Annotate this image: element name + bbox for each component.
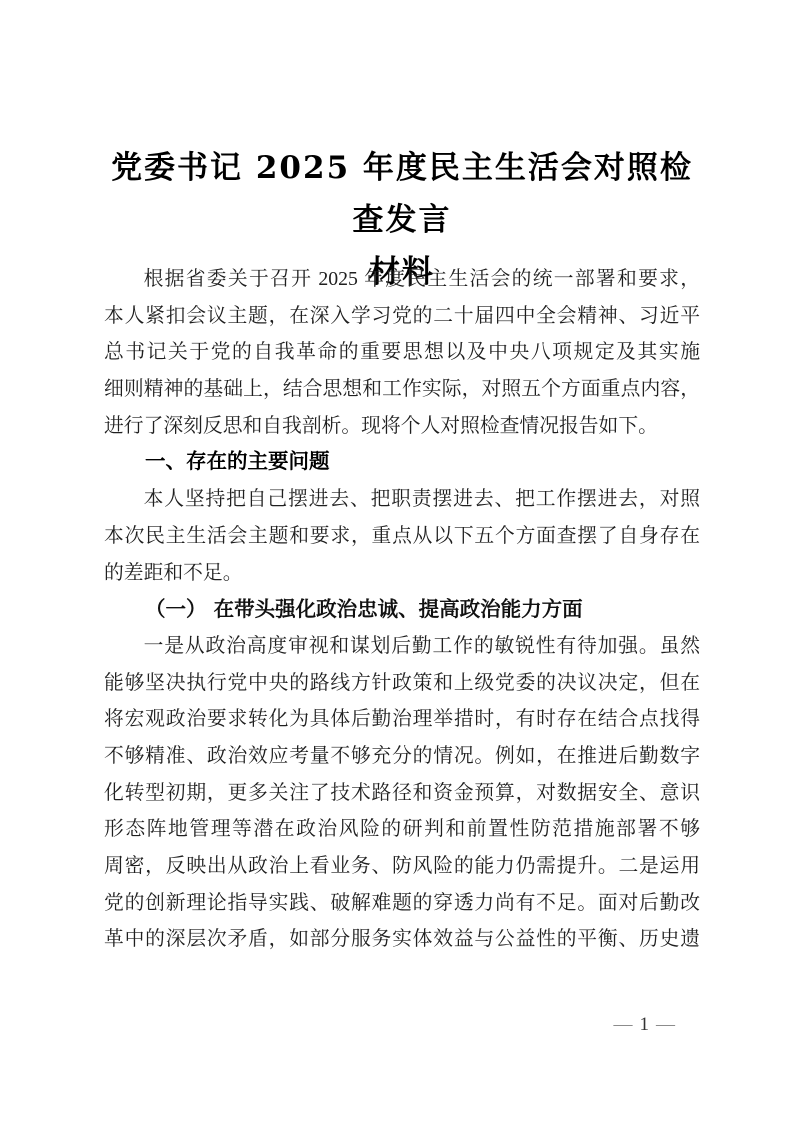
body-line: 党的创新理论指导实践、破解难题的穿透力尚有不足。面对后勤改 [104, 885, 700, 922]
page-number: —1— [614, 1014, 677, 1036]
document-page: 党委书记 2025 年度民主生活会对照检查发言 材料 根据省委关于召开 2025… [0, 0, 793, 1122]
body-line: 形态阵地管理等潜在政治风险的研判和前置性防范措施部署不够 [104, 811, 700, 848]
document-body: 根据省委关于召开 2025 年度民主生活会的统一部署和要求，本人紧扣会议主题，在… [104, 261, 700, 958]
body-line: 总书记关于党的自我革命的重要思想以及中央八项规定及其实施 [104, 334, 700, 371]
section-subheading: （一） 在带头强化政治忠诚、提高政治能力方面 [104, 591, 700, 628]
body-line: 本次民主生活会主题和要求，重点从以下五个方面查摆了自身存在 [104, 518, 700, 555]
body-line: 本人坚持把自己摆进去、把职责摆进去、把工作摆进去，对照 [104, 481, 700, 518]
body-line: 进行了深刻反思和自我剖析。现将个人对照检查情况报告如下。 [104, 408, 700, 445]
body-line: 化转型初期，更多关注了技术路径和资金预算，对数据安全、意识 [104, 775, 700, 812]
body-line: 革中的深层次矛盾，如部分服务实体效益与公益性的平衡、历史遗 [104, 921, 700, 958]
section-heading: 一、存在的主要问题 [104, 444, 700, 481]
page-number-dash: — [614, 1014, 634, 1035]
body-line: 的差距和不足。 [104, 555, 700, 592]
body-line: 细则精神的基础上，结合思想和工作实际，对照五个方面重点内容， [104, 371, 700, 408]
body-line: 本人紧扣会议主题，在深入学习党的二十届四中全会精神、习近平 [104, 298, 700, 335]
body-line: 不够精准、政治效应考量不够充分的情况。例如，在推进后勤数字 [104, 738, 700, 775]
page-number-value: 1 [634, 1014, 657, 1035]
title-line: 党委书记 2025 年度民主生活会对照检查发言 [104, 142, 700, 246]
paragraph: 一是从政治高度审视和谋划后勤工作的敏锐性有待加强。虽然能够坚决执行党中央的路线方… [104, 628, 700, 958]
body-line: 一是从政治高度审视和谋划后勤工作的敏锐性有待加强。虽然 [104, 628, 700, 665]
body-line: 根据省委关于召开 2025 年度民主生活会的统一部署和要求， [104, 261, 700, 298]
body-line: 能够坚决执行党中央的路线方针政策和上级党委的决议决定，但在 [104, 665, 700, 702]
body-line: 周密，反映出从政治上看业务、防风险的能力仍需提升。二是运用 [104, 848, 700, 885]
paragraph: 根据省委关于召开 2025 年度民主生活会的统一部署和要求，本人紧扣会议主题，在… [104, 261, 700, 444]
page-number-dash: — [656, 1014, 676, 1035]
body-line: 将宏观政治要求转化为具体后勤治理举措时，有时存在结合点找得 [104, 701, 700, 738]
paragraph: 本人坚持把自己摆进去、把职责摆进去、把工作摆进去，对照本次民主生活会主题和要求，… [104, 481, 700, 591]
